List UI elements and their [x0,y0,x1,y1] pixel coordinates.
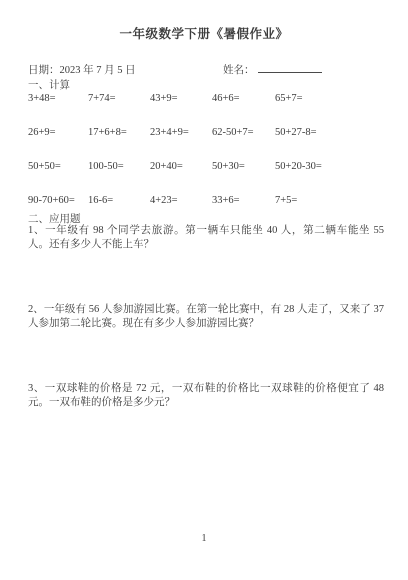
calc-problem: 62-50+7= [212,126,275,139]
calc-problem: 17+6+8= [88,126,150,139]
name-blank-line [258,62,322,73]
calc-problem: 4+23= [150,194,212,207]
calc-problem: 33+6= [212,194,275,207]
calc-problem: 50+27-8= [275,126,390,139]
calc-problem: 50+30= [212,160,275,173]
name-label: 姓名： [223,65,255,76]
calc-problem: 7+5= [275,194,390,207]
calculation-grid: 3+48= 7+74= 43+9= 46+6= 65+7= 26+9= 17+6… [28,92,390,207]
calc-problem: 16-6= [88,194,150,207]
calc-problem: 46+6= [212,92,275,105]
section-calculation-heading: 一、计算 [28,77,70,92]
word-problem-3: 3、一双球鞋的价格是 72 元，一双布鞋的价格比一双球鞋的价格便宜了 48 元。… [28,382,384,410]
calc-problem: 50+20-30= [275,160,390,173]
word-problem-2: 2、一年级有 56 人参加游园比赛。在第一轮比赛中，有 28 人走了，又来了 3… [28,303,384,331]
page-number: 1 [0,533,408,544]
worksheet-page: 一年级数学下册《暑假作业》 日期：2023 年 7 月 5 日 姓名： 一、计算… [0,0,408,580]
calc-problem: 26+9= [28,126,88,139]
date-label: 日期：2023 年 7 月 5 日 [28,62,136,77]
calc-problem: 43+9= [150,92,212,105]
calc-problem: 90-70+60= [28,194,88,207]
calc-problem: 50+50= [28,160,88,173]
name-field: 姓名： [223,62,322,77]
calc-problem: 65+7= [275,92,390,105]
calc-problem: 100-50= [88,160,150,173]
calc-problem: 20+40= [150,160,212,173]
page-title: 一年级数学下册《暑假作业》 [0,24,408,42]
calc-problem: 23+4+9= [150,126,212,139]
calc-problem: 7+74= [88,92,150,105]
calc-problem: 3+48= [28,92,88,105]
word-problem-1: 1、一年级有 98 个同学去旅游。第一辆车只能坐 40 人，第二辆车能坐 55 … [28,224,384,252]
